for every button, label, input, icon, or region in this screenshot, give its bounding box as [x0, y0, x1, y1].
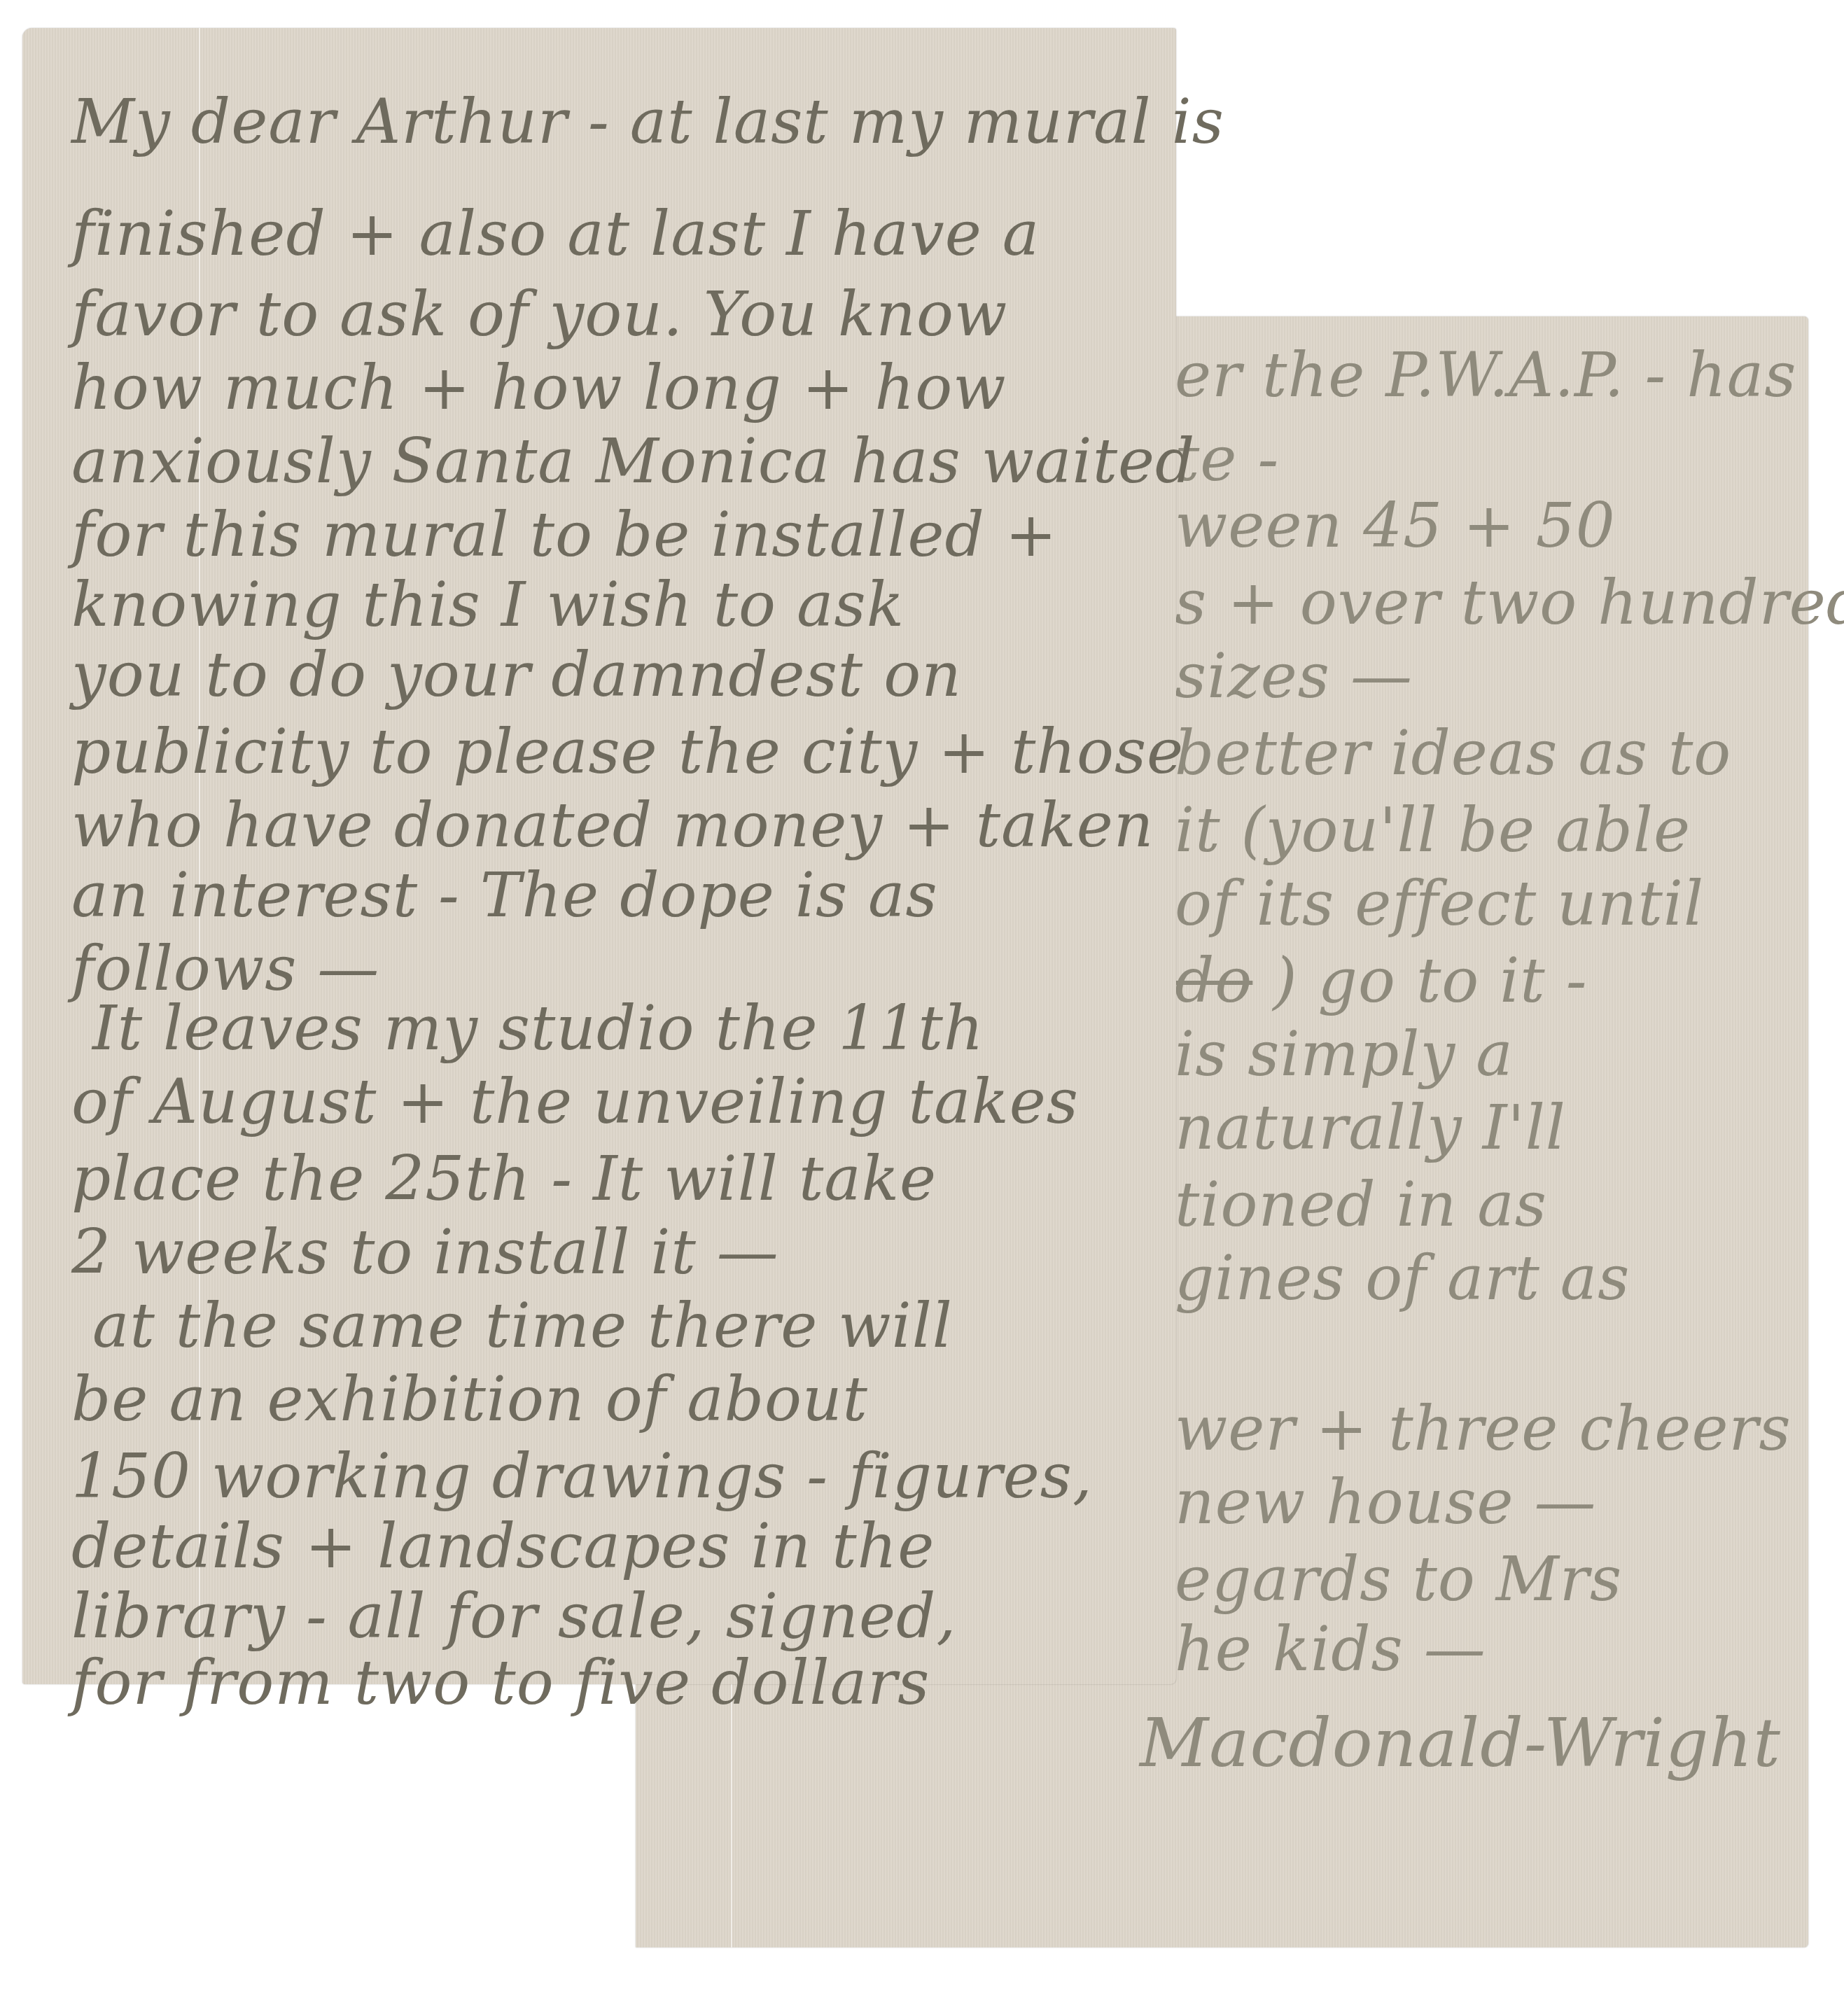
text-line: be an exhibition of about — [71, 1368, 868, 1430]
text-line: library - all for sale, signed, — [71, 1585, 956, 1647]
text-line: he kids — — [1175, 1618, 1486, 1680]
text-line: details + landscapes in the — [71, 1515, 935, 1577]
text-line: for this mural to be installed + — [71, 504, 1058, 566]
text-line: favor to ask of you. You know — [71, 283, 1007, 345]
text-line: 2 weeks to install it — — [71, 1221, 779, 1283]
text-line: who have donated money + taken — [71, 794, 1154, 856]
text-line: knowing this I wish to ask — [71, 574, 904, 636]
text-line: 150 working drawings - figures, — [71, 1445, 1093, 1507]
text-line: wer + three cheers — [1175, 1398, 1791, 1459]
signature: Macdonald-Wright — [1140, 1709, 1781, 1777]
text-line: tioned in as — [1175, 1174, 1547, 1235]
text-line: anxiously Santa Monica has waited — [71, 430, 1195, 492]
text-line: you to do your damndest on — [71, 644, 962, 706]
text-line: at the same time there will — [92, 1295, 953, 1357]
text-line: follows — — [71, 938, 379, 1000]
text-line: how much + how long + how — [71, 357, 1006, 419]
text-line: It leaves my studio the 11th — [92, 997, 984, 1059]
text-line: of its effect until — [1175, 873, 1704, 934]
letter-page-front: My dear Arthur - at last my mural is fin… — [22, 28, 1176, 1684]
text-line: new house — — [1175, 1471, 1597, 1533]
salutation: My dear Arthur - at last my mural is — [71, 91, 1224, 153]
text-line: ween 45 + 50 — [1175, 495, 1616, 556]
text-line: an interest - The dope is as — [71, 864, 938, 926]
text-line: er the P.W.A.P. - has — [1175, 344, 1796, 406]
text-line: naturally I'll — [1175, 1097, 1566, 1158]
text-fragment: ) go to it - — [1273, 944, 1587, 1016]
text-line: publicity to please the city + those — [71, 721, 1184, 783]
text-line: s + over two hundred — [1175, 572, 1844, 633]
text-line: egards to Mrs — [1175, 1548, 1622, 1610]
text-line: gines of art as — [1175, 1247, 1630, 1309]
text-line: place the 25th - It will take — [71, 1148, 937, 1210]
text-line: better ideas as to — [1175, 722, 1731, 784]
text-line: sizes — — [1175, 645, 1413, 707]
text-line: do ) go to it - — [1175, 950, 1587, 1011]
text-line: of August + the unveiling takes — [71, 1071, 1079, 1133]
text-line: for from two to five dollars — [71, 1652, 930, 1714]
struck-word: do — [1175, 944, 1252, 1016]
text-line: finished + also at last I have a — [71, 203, 1040, 265]
text-line: it (you'll be able — [1175, 799, 1691, 861]
text-line: is simply a — [1175, 1023, 1514, 1085]
